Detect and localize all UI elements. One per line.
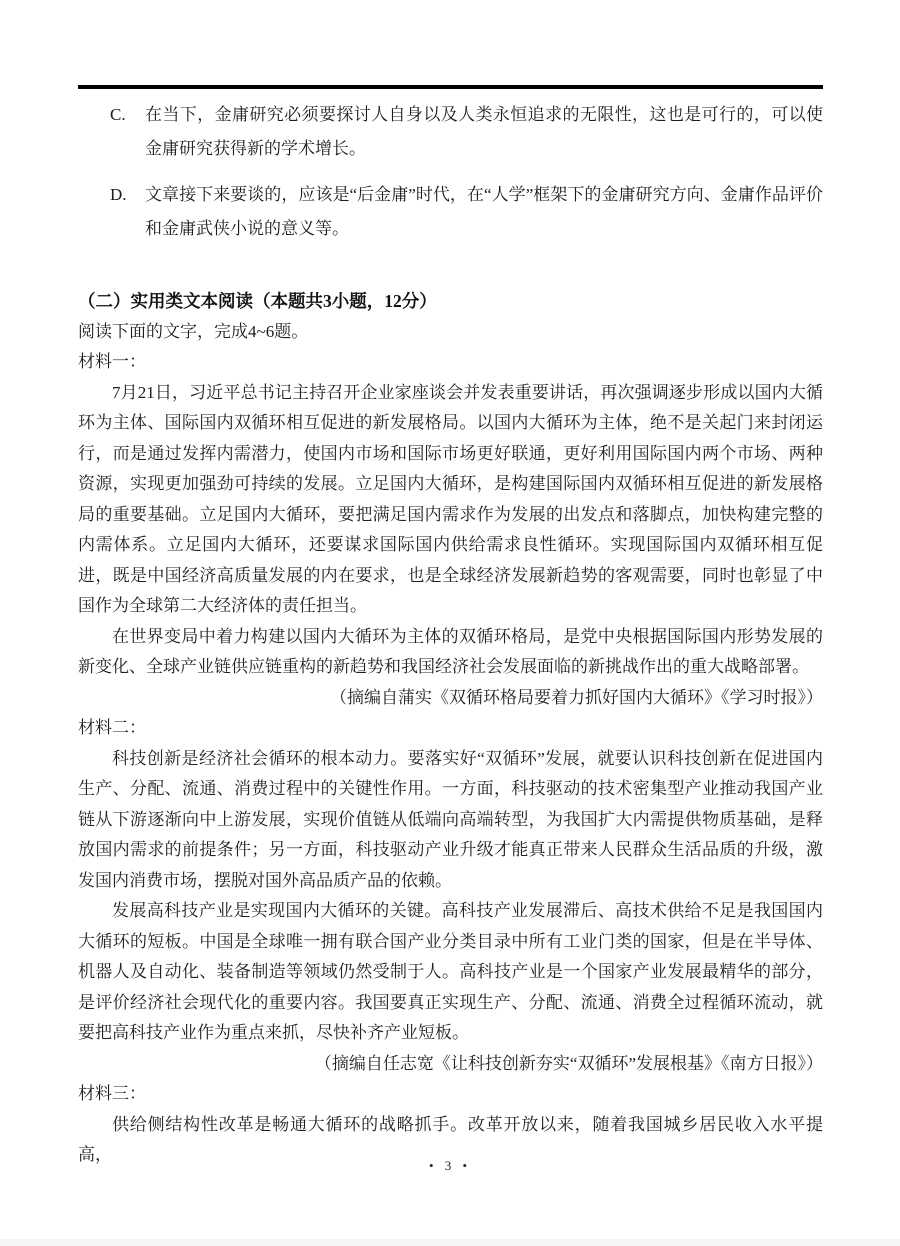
page-footer: • 3 • — [0, 1158, 900, 1174]
material-one-paragraph: 7月21日，习近平总书记主持召开企业家座谈会并发表重要讲话，再次强调逐步形成以国… — [78, 378, 823, 622]
material-two-paragraph: 科技创新是经济社会循环的根本动力。要落实好“双循环”发展，就要认识科技创新在促进… — [78, 744, 823, 897]
option-d: D. 文章接下来要谈的，应该是“后金庸”时代，在“人学”框架下的金庸研究方向、金… — [78, 178, 823, 246]
exam-page: C. 在当下，金庸研究必须要探讨人自身以及人类永恒追求的无限性，这也是可行的，可… — [0, 0, 900, 1246]
material-two-block: 材料二： 科技创新是经济社会循环的根本动力。要落实好“双循环”发展，就要认识科技… — [78, 713, 823, 1079]
page-content-column: C. 在当下，金庸研究必须要探讨人自身以及人类永恒追求的无限性，这也是可行的，可… — [78, 85, 823, 1171]
page-number: • 3 • — [429, 1158, 471, 1173]
option-d-label: D. — [110, 178, 145, 246]
material-two-paragraph: 发展高科技产业是实现国内大循环的关键。高科技产业发展滞后、高技术供给不足是我国国… — [78, 896, 823, 1049]
material-one-paragraph: 在世界变局中着力构建以国内大循环为主体的双循环格局，是党中央根据国际国内形势发展… — [78, 622, 823, 683]
material-one-block: 材料一： 7月21日，习近平总书记主持召开企业家座谈会并发表重要讲话，再次强调逐… — [78, 347, 823, 713]
scan-edge-artifact — [0, 1239, 900, 1246]
material-two-attribution: （摘编自任志宽《让科技创新夯实“双循环”发展根基》《南方日报》） — [78, 1049, 823, 1080]
question-options-list: C. 在当下，金庸研究必须要探讨人自身以及人类永恒追求的无限性，这也是可行的，可… — [78, 98, 823, 246]
material-one-attribution: （摘编自蒲实《双循环格局要着力抓好国内大循环》《学习时报》） — [78, 683, 823, 714]
material-two-label: 材料二： — [78, 713, 823, 744]
material-three-block: 材料三： 供给侧结构性改革是畅通大循环的战略抓手。改革开放以来，随着我国城乡居民… — [78, 1079, 823, 1171]
option-c-text: 在当下，金庸研究必须要探讨人自身以及人类永恒追求的无限性，这也是可行的，可以使金… — [145, 98, 823, 166]
option-c: C. 在当下，金庸研究必须要探讨人自身以及人类永恒追求的无限性，这也是可行的，可… — [78, 98, 823, 166]
material-one-label: 材料一： — [78, 347, 823, 378]
header-divider-rule — [78, 85, 823, 89]
material-three-label: 材料三： — [78, 1079, 823, 1110]
section-heading: （二）实用类文本阅读（本题共3小题，12分） — [78, 286, 823, 317]
option-c-label: C. — [110, 98, 145, 166]
reading-instruction: 阅读下面的文字，完成4~6题。 — [78, 317, 823, 348]
option-d-text: 文章接下来要谈的，应该是“后金庸”时代，在“人学”框架下的金庸研究方向、金庸作品… — [145, 178, 823, 246]
